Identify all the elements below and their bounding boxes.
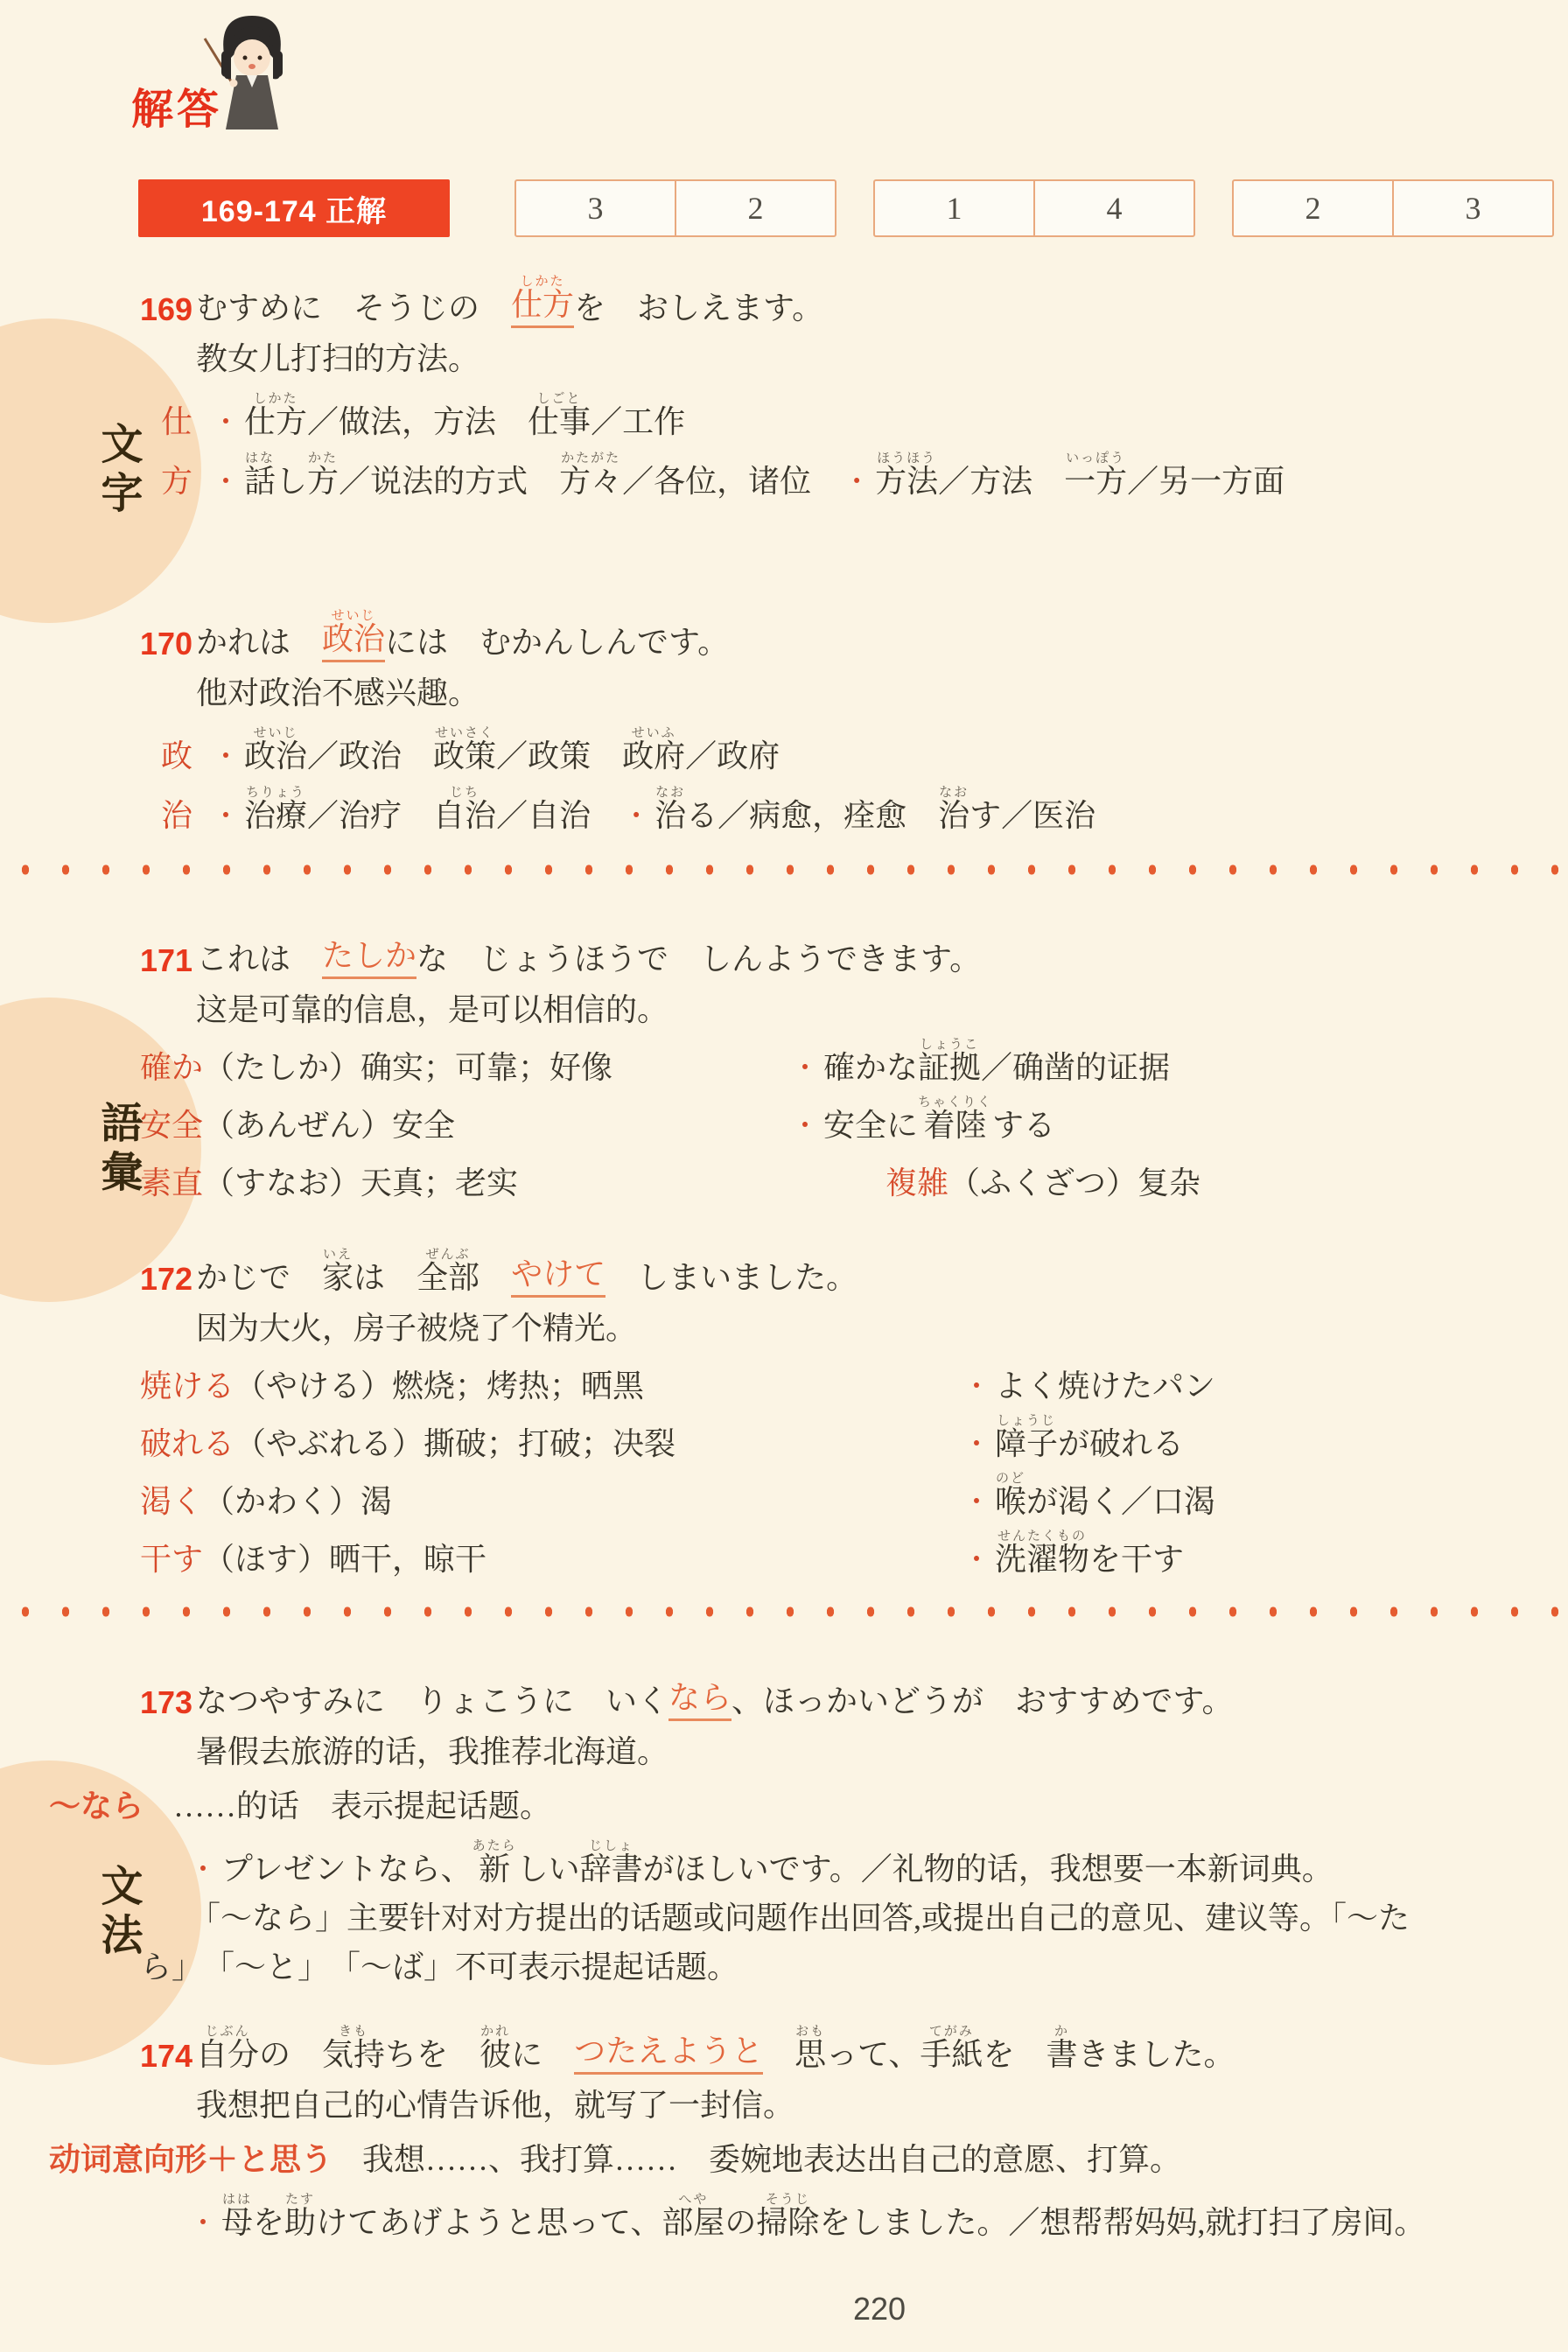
vocab-headword: 焼ける <box>140 1361 234 1406</box>
text-run: 洗濯物せんたくもの <box>995 1529 1089 1579</box>
grammar-pattern-row: ～なら……的话 表示提起话题。 <box>49 1775 1550 1830</box>
text-run: 政治せいじ <box>244 725 307 776</box>
text-run: これは <box>196 934 322 979</box>
question-sentence: 172かじで 家いえは 全部ぜんぶ やけて しまいました。 <box>140 1231 1550 1301</box>
bullet-dot: ・ <box>212 734 244 776</box>
vocab-definition: 安全（あんぜん）安全 <box>140 1101 791 1145</box>
text-run: 我想……、我打算…… 委婉地表达出自己的意愿、打算。 <box>362 2135 1181 2180</box>
kanji-headword: 方 <box>161 457 212 501</box>
question-number: 171 <box>140 942 196 979</box>
answer-word: やけて <box>511 1249 605 1298</box>
furigana: ちりょう <box>244 785 307 800</box>
question-block-172: 172かじで 家いえは 全部ぜんぶ やけて しまいました。因为大火，房子被烧了个… <box>140 1231 1550 1583</box>
question-number: 174 <box>140 2038 196 2075</box>
vocab-row: 安全（あんぜん）安全・安全に着陸ちゃくりくする <box>140 1091 1550 1149</box>
chinese-translation: 我想把自己的心情告诉他，就写了一封信。 <box>196 2078 1550 2129</box>
text-run: かれは <box>196 618 322 662</box>
text-run: （すなお）天真；老实 <box>203 1158 518 1203</box>
vocab-example: 複雑（ふくざつ）复杂 <box>791 1158 1550 1203</box>
furigana: あたら <box>472 1838 517 1853</box>
text-run: ／各位，诸位 <box>622 457 843 501</box>
answer-box-group: 3 2 <box>514 179 836 237</box>
text-run: 喉のど <box>995 1471 1026 1522</box>
kanji-entry-row: 方・話はなし方かた／说法的方式 方々かたがた／各位，诸位 ・方法ほうほう／方法 … <box>161 442 1550 501</box>
text-run: し <box>276 457 307 501</box>
answer-word: なら <box>668 1673 731 1721</box>
bullet-dot: ・ <box>962 1364 995 1406</box>
text-run: を <box>253 2198 284 2243</box>
vocab-headword: 干す <box>140 1535 203 1579</box>
vocab-example: ・よく焼けたパン <box>962 1361 1550 1406</box>
question-sentence: 174自分じぶんの 気持きもちを 彼かれに つたえようと 思おもって、手紙てがみ… <box>140 2008 1550 2078</box>
furigana: じぶん <box>196 2024 259 2039</box>
furigana: なお <box>938 785 969 800</box>
tab-label: 文法 <box>87 1864 148 1962</box>
vocab-headword: 渇く <box>140 1477 203 1522</box>
text-run: しまいました。 <box>605 1253 857 1298</box>
text-run: ……的话 表示提起话题。 <box>173 1781 551 1826</box>
furigana: かれ <box>479 2024 511 2039</box>
text-run: かじで <box>196 1253 322 1298</box>
furigana: せいふ <box>622 725 685 740</box>
kanji-headword: 仕 <box>161 397 212 442</box>
content: 169むすめに そうじの 仕方しかたを おしえます。教女儿打扫的方法。仕・仕方し… <box>140 262 1550 2243</box>
text-run: が渇く／口渴 <box>1026 1477 1215 1522</box>
text-run: が破れる <box>1058 1419 1184 1464</box>
furigana: おも <box>794 2024 826 2039</box>
furigana: そうじ <box>756 2192 819 2207</box>
furigana: じち <box>433 785 496 800</box>
face <box>234 39 270 76</box>
furigana: きも <box>322 2024 385 2039</box>
answer-cell: 4 <box>1033 181 1193 235</box>
kanji-entry-row: 政・政治せいじ／政治 政策せいさく／政策 政府せいふ／政府 <box>161 717 1550 776</box>
answer-key-row: 169-174 正解 3 2 1 4 2 3 <box>138 179 1568 237</box>
text-run: ／方法 <box>938 457 1064 501</box>
vocab-row: 焼ける（やける）燃烧；烤热；晒黑・よく焼けたパン <box>140 1352 1550 1410</box>
text-run: 自分じぶん <box>196 2024 259 2075</box>
text-run: 方々かたがた <box>559 451 622 501</box>
tab-label: 文字 <box>87 422 148 520</box>
vocab-definition: 干す（ほす）晒干，晾干 <box>140 1535 962 1579</box>
answer-cell: 3 <box>516 181 675 235</box>
vocab-headword: 破れる <box>140 1419 234 1464</box>
text-run: 政策せいさく <box>433 725 496 776</box>
text-run: 掃除そうじ <box>756 2192 819 2243</box>
answer-cell: 2 <box>1234 181 1392 235</box>
eye-left <box>243 56 248 60</box>
text-run: 仕事しごと <box>528 391 591 442</box>
question-number: 172 <box>140 1261 196 1298</box>
text-run: の <box>724 2198 756 2243</box>
question-number: 170 <box>140 626 196 662</box>
kanji-entry-row: 治・治療ちりょう／治疗 自治じち／自治 ・治なおる／病愈，痊愈 治なおす／医治 <box>161 776 1550 836</box>
bullet-dot: ・ <box>189 1847 221 1889</box>
question-block-174: 174自分じぶんの 気持きもちを 彼かれに つたえようと 思おもって、手紙てがみ… <box>140 2008 1550 2243</box>
grammar-pattern-row: 动词意向形＋と思う我想……、我打算…… 委婉地表达出自己的意愿、打算。 <box>49 2129 1550 2183</box>
answer-word: 政治せいじ <box>322 608 385 662</box>
vocab-example: ・喉のどが渇く／口渴 <box>962 1471 1550 1522</box>
text-run: よく焼けたパン <box>995 1361 1215 1406</box>
text-run: ちを <box>385 2030 479 2075</box>
mouth <box>248 64 255 69</box>
furigana: へや <box>661 2192 724 2207</box>
bullet-dot: ・ <box>962 1537 995 1579</box>
vocab-headword: 安全 <box>140 1101 203 1145</box>
grammar-pattern-headword: 动词意向形＋と思う <box>49 2135 332 2180</box>
text-run: しい <box>517 1844 580 1889</box>
text-run: ／做法，方法 <box>307 397 528 442</box>
furigana: しかた <box>511 274 574 289</box>
text-run: ／政策 <box>496 731 622 776</box>
answer-cell: 3 <box>1392 181 1552 235</box>
text-run: 一方いっぽう <box>1064 451 1127 501</box>
text-run: ／说法的方式 <box>339 457 559 501</box>
text-run: に <box>511 2030 574 2075</box>
text-run: （ふくざつ）复杂 <box>948 1158 1200 1203</box>
teacher-girl-illustration <box>198 7 306 136</box>
text-run: 安全に <box>823 1101 918 1145</box>
text-run: がほしいです。／礼物的话，我想要一本新词典。 <box>643 1844 1333 1889</box>
text-run: を干す <box>1089 1535 1184 1579</box>
furigana: せいじ <box>244 725 307 740</box>
text-run: を おしえます。 <box>574 283 823 328</box>
usage-note-line: ら」 「～と」 「～ば」不可表示提起话题。 <box>140 1938 1550 1987</box>
furigana: たす <box>284 2192 316 2207</box>
furigana: のど <box>995 1471 1026 1486</box>
text-run: （やける）燃烧；烤热；晒黑 <box>234 1361 644 1406</box>
furigana: なお <box>654 785 686 800</box>
question-block-171: 171これは たしかな じょうほうで しんようできます。这是可靠的信息，是可以相… <box>140 913 1550 1207</box>
vocab-example: ・障子しょうじが破れる <box>962 1413 1550 1464</box>
vocab-headword: 素直 <box>140 1158 203 1203</box>
text-run: 全部ぜんぶ <box>416 1247 479 1298</box>
text-run: ／政府 <box>685 731 780 776</box>
bullet-dot: ・ <box>212 400 244 442</box>
vocab-example: ・洗濯物せんたくものを干す <box>962 1529 1550 1579</box>
text-run: 治なお <box>938 785 969 836</box>
text-run: プレゼントなら、 <box>221 1844 472 1889</box>
text-run: 手紙てがみ <box>920 2024 983 2075</box>
answer-cell: 2 <box>675 181 835 235</box>
text-run: な じょうほうで しんようできます。 <box>416 934 981 979</box>
question-block-170: 170かれは 政治せいじには むかんしんです。他对政治不感兴趣。政・政治せいじ／… <box>140 596 1550 836</box>
text-run: ／政治 <box>307 731 433 776</box>
text-run: は <box>353 1253 416 1298</box>
bullet-dot: ・ <box>622 794 654 836</box>
text-run: 家いえ <box>322 1247 353 1298</box>
example-sentence-row: ・プレゼントなら、新あたらしい辞書じしょがほしいです。／礼物的话，我想要一本新词… <box>189 1830 1550 1889</box>
page-header: 解答 <box>0 0 1568 179</box>
question-sentence: 173なつやすみに りょこうに いくなら、ほっかいどうが おすすめです。 <box>140 1655 1550 1725</box>
answer-box-group: 2 3 <box>1232 179 1554 237</box>
text-run: する <box>992 1101 1055 1145</box>
furigana: ぜんぶ <box>416 1247 479 1262</box>
furigana: ほうほう <box>875 451 938 465</box>
bullet-dot: ・ <box>962 1422 995 1464</box>
furigana: しごと <box>528 391 591 406</box>
page: 解答 169-174 正解 3 2 1 4 2 3 <box>0 0 1568 2352</box>
text-run: 、ほっかいどうが おすすめです。 <box>731 1676 1233 1721</box>
text-run <box>763 2030 794 2075</box>
chinese-translation: 教女儿打扫的方法。 <box>196 332 1550 382</box>
vocab-definition: 破れる（やぶれる）撕破；打破；决裂 <box>140 1419 962 1464</box>
question-sentence: 171これは たしかな じょうほうで しんようできます。 <box>140 913 1550 983</box>
answer-cell: 1 <box>875 181 1033 235</box>
text-run: 方かた <box>307 451 339 501</box>
furigana: てがみ <box>920 2024 983 2039</box>
text-run: 障子しょうじ <box>995 1413 1058 1464</box>
chinese-translation: 这是可靠的信息，是可以相信的。 <box>196 983 1550 1033</box>
text-run: をしました。／想帮帮妈妈,就打扫了房间。 <box>819 2198 1425 2243</box>
bullet-dot: ・ <box>791 1046 823 1088</box>
furigana: せいさく <box>433 725 496 740</box>
text-run: には むかんしんです。 <box>385 618 729 662</box>
vocab-definition: 確か（たしか）确实；可靠；好像 <box>140 1043 791 1088</box>
page-number: 220 <box>853 2291 906 2327</box>
usage-note-line: 「～なら」主要针对对方提出的话题或问题作出回答,或提出自己的意见、建议等。「～た <box>189 1889 1550 1938</box>
furigana: せんたくもの <box>995 1529 1089 1543</box>
vocab-definition: 渇く（かわく）渴 <box>140 1477 962 1522</box>
kanji-headword: 治 <box>161 791 212 836</box>
text-run: 話はな <box>244 451 276 501</box>
furigana: いっぽう <box>1064 451 1127 465</box>
answer-word: 仕方しかた <box>511 274 574 328</box>
text-run <box>791 1158 885 1203</box>
furigana: か <box>1046 2024 1077 2039</box>
text-run: ／自治 <box>496 791 622 836</box>
text-run: （あんぜん）安全 <box>203 1101 455 1145</box>
text-run: ら」 「～と」 「～ば」不可表示提起话题。 <box>140 1942 738 1987</box>
vocab-definition: 素直（すなお）天真；老实 <box>140 1158 791 1203</box>
question-sentence: 169むすめに そうじの 仕方しかたを おしえます。 <box>140 262 1550 332</box>
vocab-row: 素直（すなお）天真；老实 複雑（ふくざつ）复杂 <box>140 1149 1550 1207</box>
bullet-dot: ・ <box>791 1103 823 1145</box>
kanji-entry-row: 仕・仕方しかた／做法，方法 仕事しごと／工作 <box>161 382 1550 442</box>
text-run: 仕方しかた <box>244 391 307 442</box>
question-block-173: 173なつやすみに りょこうに いくなら、ほっかいどうが おすすめです。暑假去旅… <box>140 1655 1550 1987</box>
question-sentence: 170かれは 政治せいじには むかんしんです。 <box>140 596 1550 666</box>
text-run: 新あたら <box>472 1838 517 1889</box>
text-run: なつやすみに りょこうに いく <box>196 1676 668 1721</box>
text-run: って、 <box>826 2030 920 2075</box>
furigana: しょうこ <box>918 1037 981 1052</box>
text-run: の <box>259 2030 322 2075</box>
text-run: ／治疗 <box>307 791 433 836</box>
grammar-pattern-headword: ～なら <box>49 1781 143 1826</box>
text-run: 書か <box>1046 2024 1077 2075</box>
kanji-headword: 政 <box>161 731 212 776</box>
answer-word: たしか <box>322 931 416 979</box>
furigana: はは <box>221 2192 253 2207</box>
bullet-dot: ・ <box>189 2201 221 2243</box>
text-run: むすめに そうじの <box>196 283 511 328</box>
text-run: （やぶれる）撕破；打破；决裂 <box>234 1419 675 1464</box>
text-run: 部屋へや <box>661 2192 724 2243</box>
text-run: ／确凿的证据 <box>981 1043 1170 1088</box>
text-run: 気持きも <box>322 2024 385 2075</box>
question-number: 169 <box>140 291 196 328</box>
bullet-dot: ・ <box>212 459 244 501</box>
tab-label: 語彙 <box>87 1101 148 1199</box>
dotted-divider <box>0 862 1568 878</box>
furigana: いえ <box>322 1247 353 1262</box>
text-run: 助たす <box>284 2192 316 2243</box>
dotted-divider <box>0 1604 1568 1620</box>
text-run: 母はは <box>221 2192 253 2243</box>
text-run: けてあげようと思って、 <box>316 2198 661 2243</box>
text-run: ／工作 <box>591 397 685 442</box>
text-run: を <box>983 2030 1046 2075</box>
text-run: 確かな <box>823 1043 918 1088</box>
vocab-row: 干す（ほす）晒干，晾干・洗濯物せんたくものを干す <box>140 1525 1550 1583</box>
text-run: 「～なら」主要针对对方提出的话题或问题作出回答,或提出自己的意见、建议等。「～た <box>189 1893 1410 1938</box>
text-run: す／医治 <box>969 791 1095 836</box>
text-run: 思おも <box>794 2024 826 2075</box>
text-run: 方法ほうほう <box>875 451 938 501</box>
text-run: （たしか）确实；可靠；好像 <box>203 1043 612 1088</box>
vocab-headword: 複雑 <box>885 1158 948 1203</box>
chinese-translation: 暑假去旅游的话，我推荐北海道。 <box>196 1725 1550 1775</box>
vocab-example: ・確かな証拠しょうこ／确凿的证据 <box>791 1037 1550 1088</box>
question-block-169: 169むすめに そうじの 仕方しかたを おしえます。教女儿打扫的方法。仕・仕方し… <box>140 262 1550 501</box>
chinese-translation: 他对政治不感兴趣。 <box>196 666 1550 717</box>
chinese-translation: 因为大火，房子被烧了个精光。 <box>196 1301 1550 1352</box>
furigana: ちゃくりく <box>918 1095 992 1109</box>
text-run: （ほす）晒干，晾干 <box>203 1535 486 1579</box>
bullet-dot: ・ <box>962 1480 995 1522</box>
text-run: （かわく）渴 <box>203 1477 392 1522</box>
furigana: かた <box>307 451 339 465</box>
furigana: せいじ <box>322 608 385 623</box>
text-run: ／另一方面 <box>1127 457 1284 501</box>
text-run: 自治じち <box>433 785 496 836</box>
vocab-headword: 確か <box>140 1043 203 1088</box>
hair-lock-right <box>273 51 283 77</box>
furigana: しょうじ <box>995 1413 1058 1428</box>
vocab-definition: 焼ける（やける）燃烧；烤热；晒黑 <box>140 1361 962 1406</box>
text-run: 証拠しょうこ <box>918 1037 981 1088</box>
text-run: 治なお <box>654 785 686 836</box>
answer-word: つたえようと <box>574 2026 763 2075</box>
answer-box-group: 1 4 <box>873 179 1195 237</box>
furigana: かたがた <box>559 451 622 465</box>
text-run: きました。 <box>1077 2030 1235 2075</box>
text-run: 着陸ちゃくりく <box>918 1095 992 1145</box>
example-sentence-row: ・母ははを助たすけてあげようと思って、部屋へやの掃除そうじをしました。／想帮帮妈… <box>189 2183 1550 2243</box>
text-run: 辞書じしょ <box>580 1838 643 1889</box>
furigana: はな <box>244 451 276 465</box>
vocab-row: 渇く（かわく）渴・喉のどが渇く／口渴 <box>140 1467 1550 1525</box>
answer-range-badge: 169-174 正解 <box>138 179 450 237</box>
text-run: 治療ちりょう <box>244 785 307 836</box>
bullet-dot: ・ <box>843 459 875 501</box>
vocab-example: ・安全に着陸ちゃくりくする <box>791 1095 1550 1145</box>
vocab-row: 破れる（やぶれる）撕破；打破；决裂・障子しょうじが破れる <box>140 1410 1550 1467</box>
question-number: 173 <box>140 1684 196 1721</box>
furigana: じしょ <box>580 1838 643 1853</box>
text-run: 彼かれ <box>479 2024 511 2075</box>
text-run <box>479 1253 511 1298</box>
eye-right <box>258 56 262 60</box>
hand <box>230 80 238 87</box>
hair-lock-left <box>221 51 231 77</box>
vocab-row: 確か（たしか）确实；可靠；好像・確かな証拠しょうこ／确凿的证据 <box>140 1033 1550 1091</box>
text-run: 政府せいふ <box>622 725 685 776</box>
furigana: しかた <box>244 391 307 406</box>
bullet-dot: ・ <box>212 794 244 836</box>
text-run: る／病愈，痊愈 <box>686 791 938 836</box>
